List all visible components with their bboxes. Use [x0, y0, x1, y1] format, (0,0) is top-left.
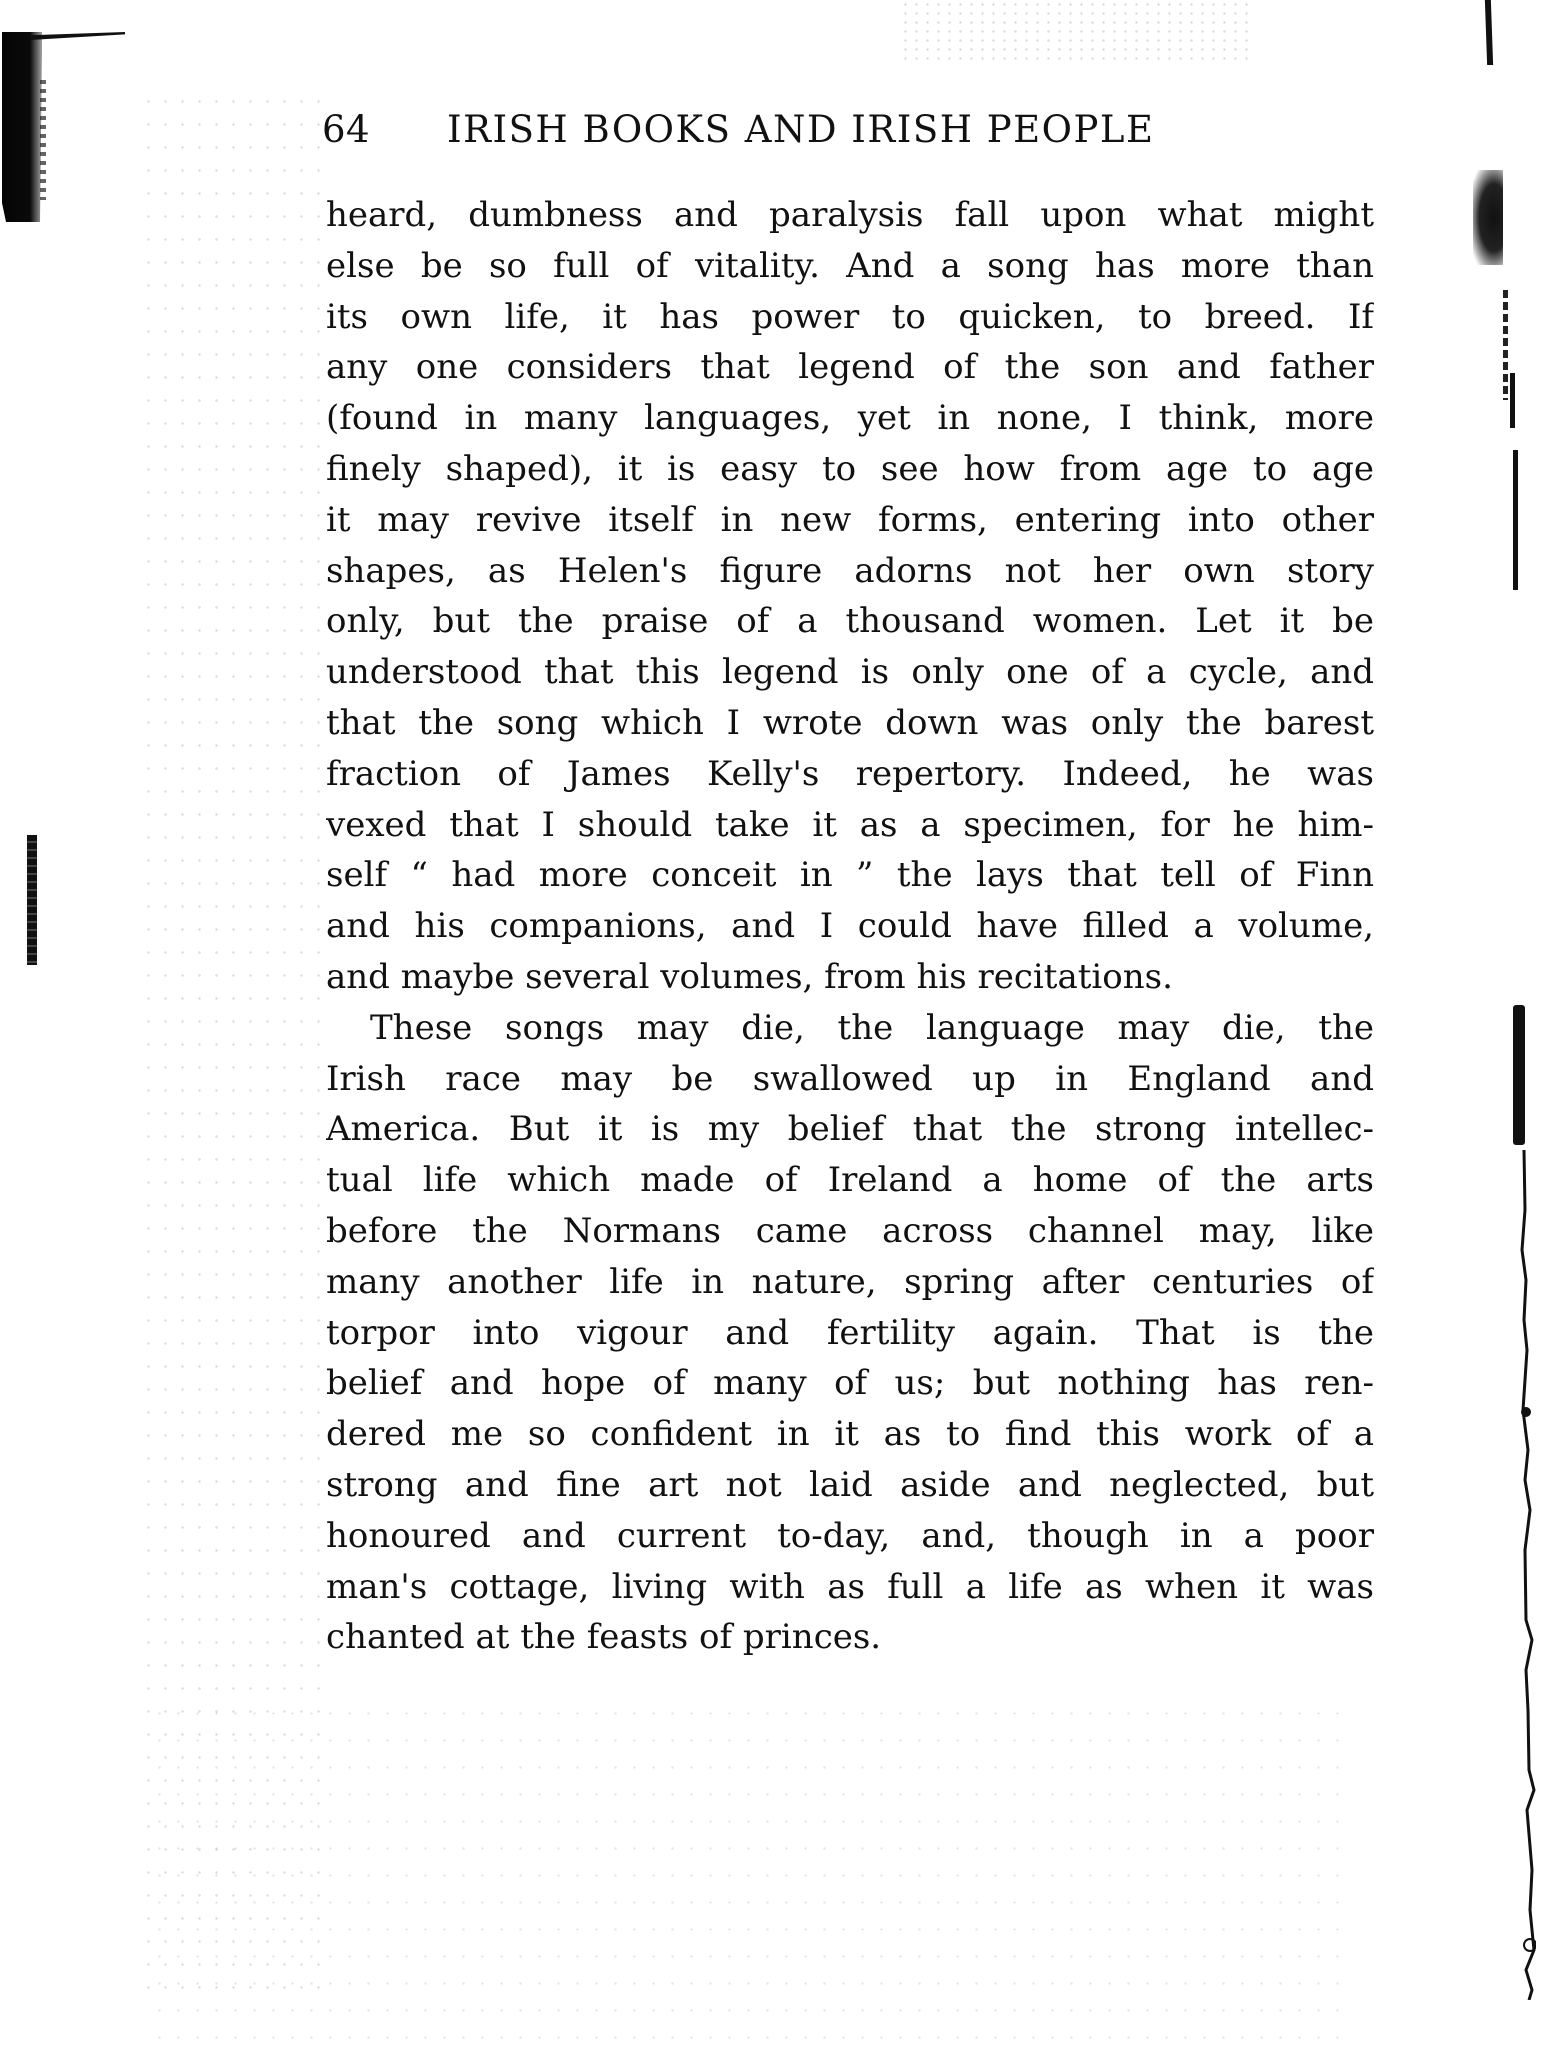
scan-edge-shadow-left-top	[2, 32, 42, 222]
scan-edge-line-right-2	[1510, 373, 1515, 428]
text-line: only, but the praise of a thousand women…	[326, 596, 1374, 647]
text-line: understood that this legend is only one …	[326, 647, 1374, 698]
text-line: belief and hope of many of us; but nothi…	[326, 1358, 1374, 1409]
text-line: it may revive itself in new forms, enter…	[326, 495, 1374, 546]
scan-edge-wavy-right	[1520, 1150, 1536, 2000]
text-line: self “ had more conceit in ” the lays th…	[326, 850, 1374, 901]
text-line: shapes, as Helen's figure adorns not her…	[326, 546, 1374, 597]
text-line: honoured and current to-day, and, though…	[326, 1511, 1374, 1562]
scan-edge-blob-right	[1473, 170, 1503, 265]
text-line: many another life in nature, spring afte…	[326, 1257, 1374, 1308]
paragraph-1: heard, dumbness and paralysis fall upon …	[326, 190, 1374, 1003]
scan-edge-speck-left	[40, 80, 46, 200]
text-line: man's cottage, living with as full a lif…	[326, 1562, 1374, 1613]
scan-edge-line-right-3	[1513, 450, 1518, 590]
text-line: torpor into vigour and fertility again. …	[326, 1308, 1374, 1359]
text-line: strong and fine art not laid aside and n…	[326, 1460, 1374, 1511]
text-line: vexed that I should take it as a specime…	[326, 800, 1374, 851]
text-line: finely shaped), it is easy to see how fr…	[326, 444, 1374, 495]
scan-edge-line-right-1	[1503, 290, 1508, 400]
text-line: Irish race may be swallowed up in Englan…	[326, 1054, 1374, 1105]
scan-edge-mark-left-mid	[27, 835, 37, 965]
text-line: else be so full of vitality. And a song …	[326, 241, 1374, 292]
running-header: 64 IRISH BOOKS AND IRISH PEOPLE	[322, 108, 1372, 168]
text-line: any one considers that legend of the son…	[326, 342, 1374, 393]
text-line: its own life, it has power to quicken, t…	[326, 292, 1374, 343]
text-line: before the Normans came across channel m…	[326, 1206, 1374, 1257]
running-title: IRISH BOOKS AND IRISH PEOPLE	[447, 108, 1154, 151]
paragraph-2: These songs may die, the language may di…	[326, 1003, 1374, 1663]
text-line: These songs may die, the language may di…	[326, 1003, 1374, 1054]
page-number: 64	[322, 108, 370, 151]
text-line: dered me so confident in it as to find t…	[326, 1409, 1374, 1460]
text-line: (found in many languages, yet in none, I…	[326, 393, 1374, 444]
scanned-book-page: 64 IRISH BOOKS AND IRISH PEOPLE heard, d…	[0, 0, 1556, 2055]
scan-noise-top	[900, 0, 1250, 60]
text-line: heard, dumbness and paralysis fall upon …	[326, 190, 1374, 241]
text-line: and his companions, and I could have fil…	[326, 901, 1374, 952]
scan-edge-flap-left-top	[30, 32, 125, 40]
text-line: fraction of James Kelly's repertory. Ind…	[326, 749, 1374, 800]
scan-edge-bar-right	[1513, 1005, 1525, 1145]
text-line: America. But it is my belief that the st…	[326, 1104, 1374, 1155]
body-text: heard, dumbness and paralysis fall upon …	[326, 190, 1374, 1663]
text-line: and maybe several volumes, from his reci…	[326, 952, 1374, 1003]
text-line: tual life which made of Ireland a home o…	[326, 1155, 1374, 1206]
scan-edge-mark-right-top	[1485, 0, 1493, 65]
text-line: chanted at the feasts of princes.	[326, 1612, 1374, 1663]
text-line: that the song which I wrote down was onl…	[326, 698, 1374, 749]
scan-noise-bottom	[150, 1700, 1350, 2055]
